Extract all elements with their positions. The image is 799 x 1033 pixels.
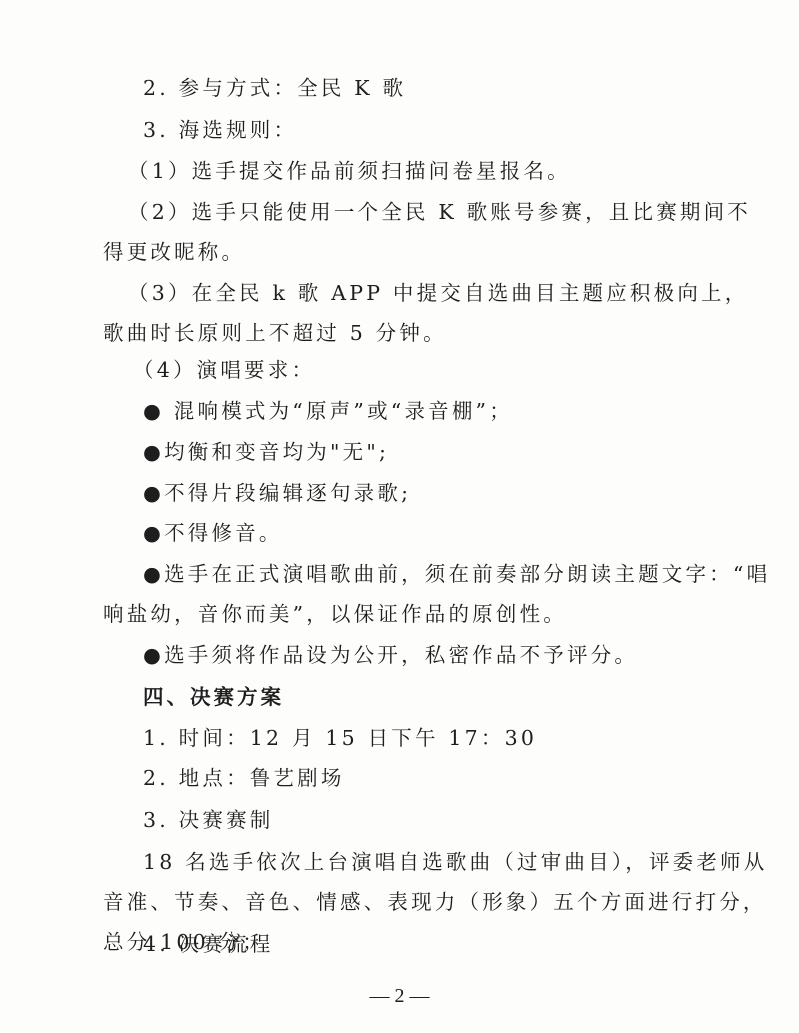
text-line-participation-method: 2. 参与方式：全民 K 歌 [143,74,406,102]
bullet-item-equalizer: ●均衡和变音均为"无"; [143,438,389,466]
bullet-item-reverb: ● 混响模式为“原声”或“录音棚”； [143,397,513,425]
text-line-rule-2-cont: 得更改昵称。 [103,238,245,266]
section-heading-finals: 四、决赛方案 [143,683,284,711]
bullet-item-read-theme-cont: 响盐幼，音你而美”，以保证作品的原创性。 [103,600,567,628]
text-line-format-desc: 18 名选手依次上台演唱自选歌曲（过审曲目），评委老师从 [143,848,767,876]
text-line-rule-1: （1）选手提交作品前须扫描问卷星报名。 [128,157,571,185]
text-line-audition-rules: 3. 海选规则： [143,116,297,144]
bullet-item-no-autotune: ●不得修音。 [143,519,283,547]
text-line-rule-3: （3）在全民 k 歌 APP 中提交自选曲目主题应积极向上， [128,279,748,307]
text-line-format-desc-cont: 音准、节奏、音色、情感、表现力（形象）五个方面进行打分， [103,888,767,916]
bullet-item-no-segment-edit: ●不得片段编辑逐句录歌; [143,479,411,507]
bullet-item-read-theme: ●选手在正式演唱歌曲前，须在前奏部分朗读主题文字：“唱 [143,560,770,588]
page-number: — 2 — [0,985,799,1008]
bullet-item-public-work: ●选手须将作品设为公开，私密作品不予评分。 [143,641,638,669]
text-line-final-time: 1. 时间：12 月 15 日下午 17：30 [143,724,537,752]
text-line-rule-4: （4）演唱要求： [133,356,315,384]
text-line-final-process: 4. 决赛流程 [143,930,273,958]
text-line-rule-3-cont: 歌曲时长原则上不超过 5 分钟。 [103,319,447,347]
text-line-final-format: 3. 决赛赛制 [143,806,273,834]
text-line-final-location: 2. 地点：鲁艺剧场 [143,764,345,792]
text-line-rule-2: （2）选手只能使用一个全民 K 歌账号参赛，且比赛期间不 [128,198,751,226]
